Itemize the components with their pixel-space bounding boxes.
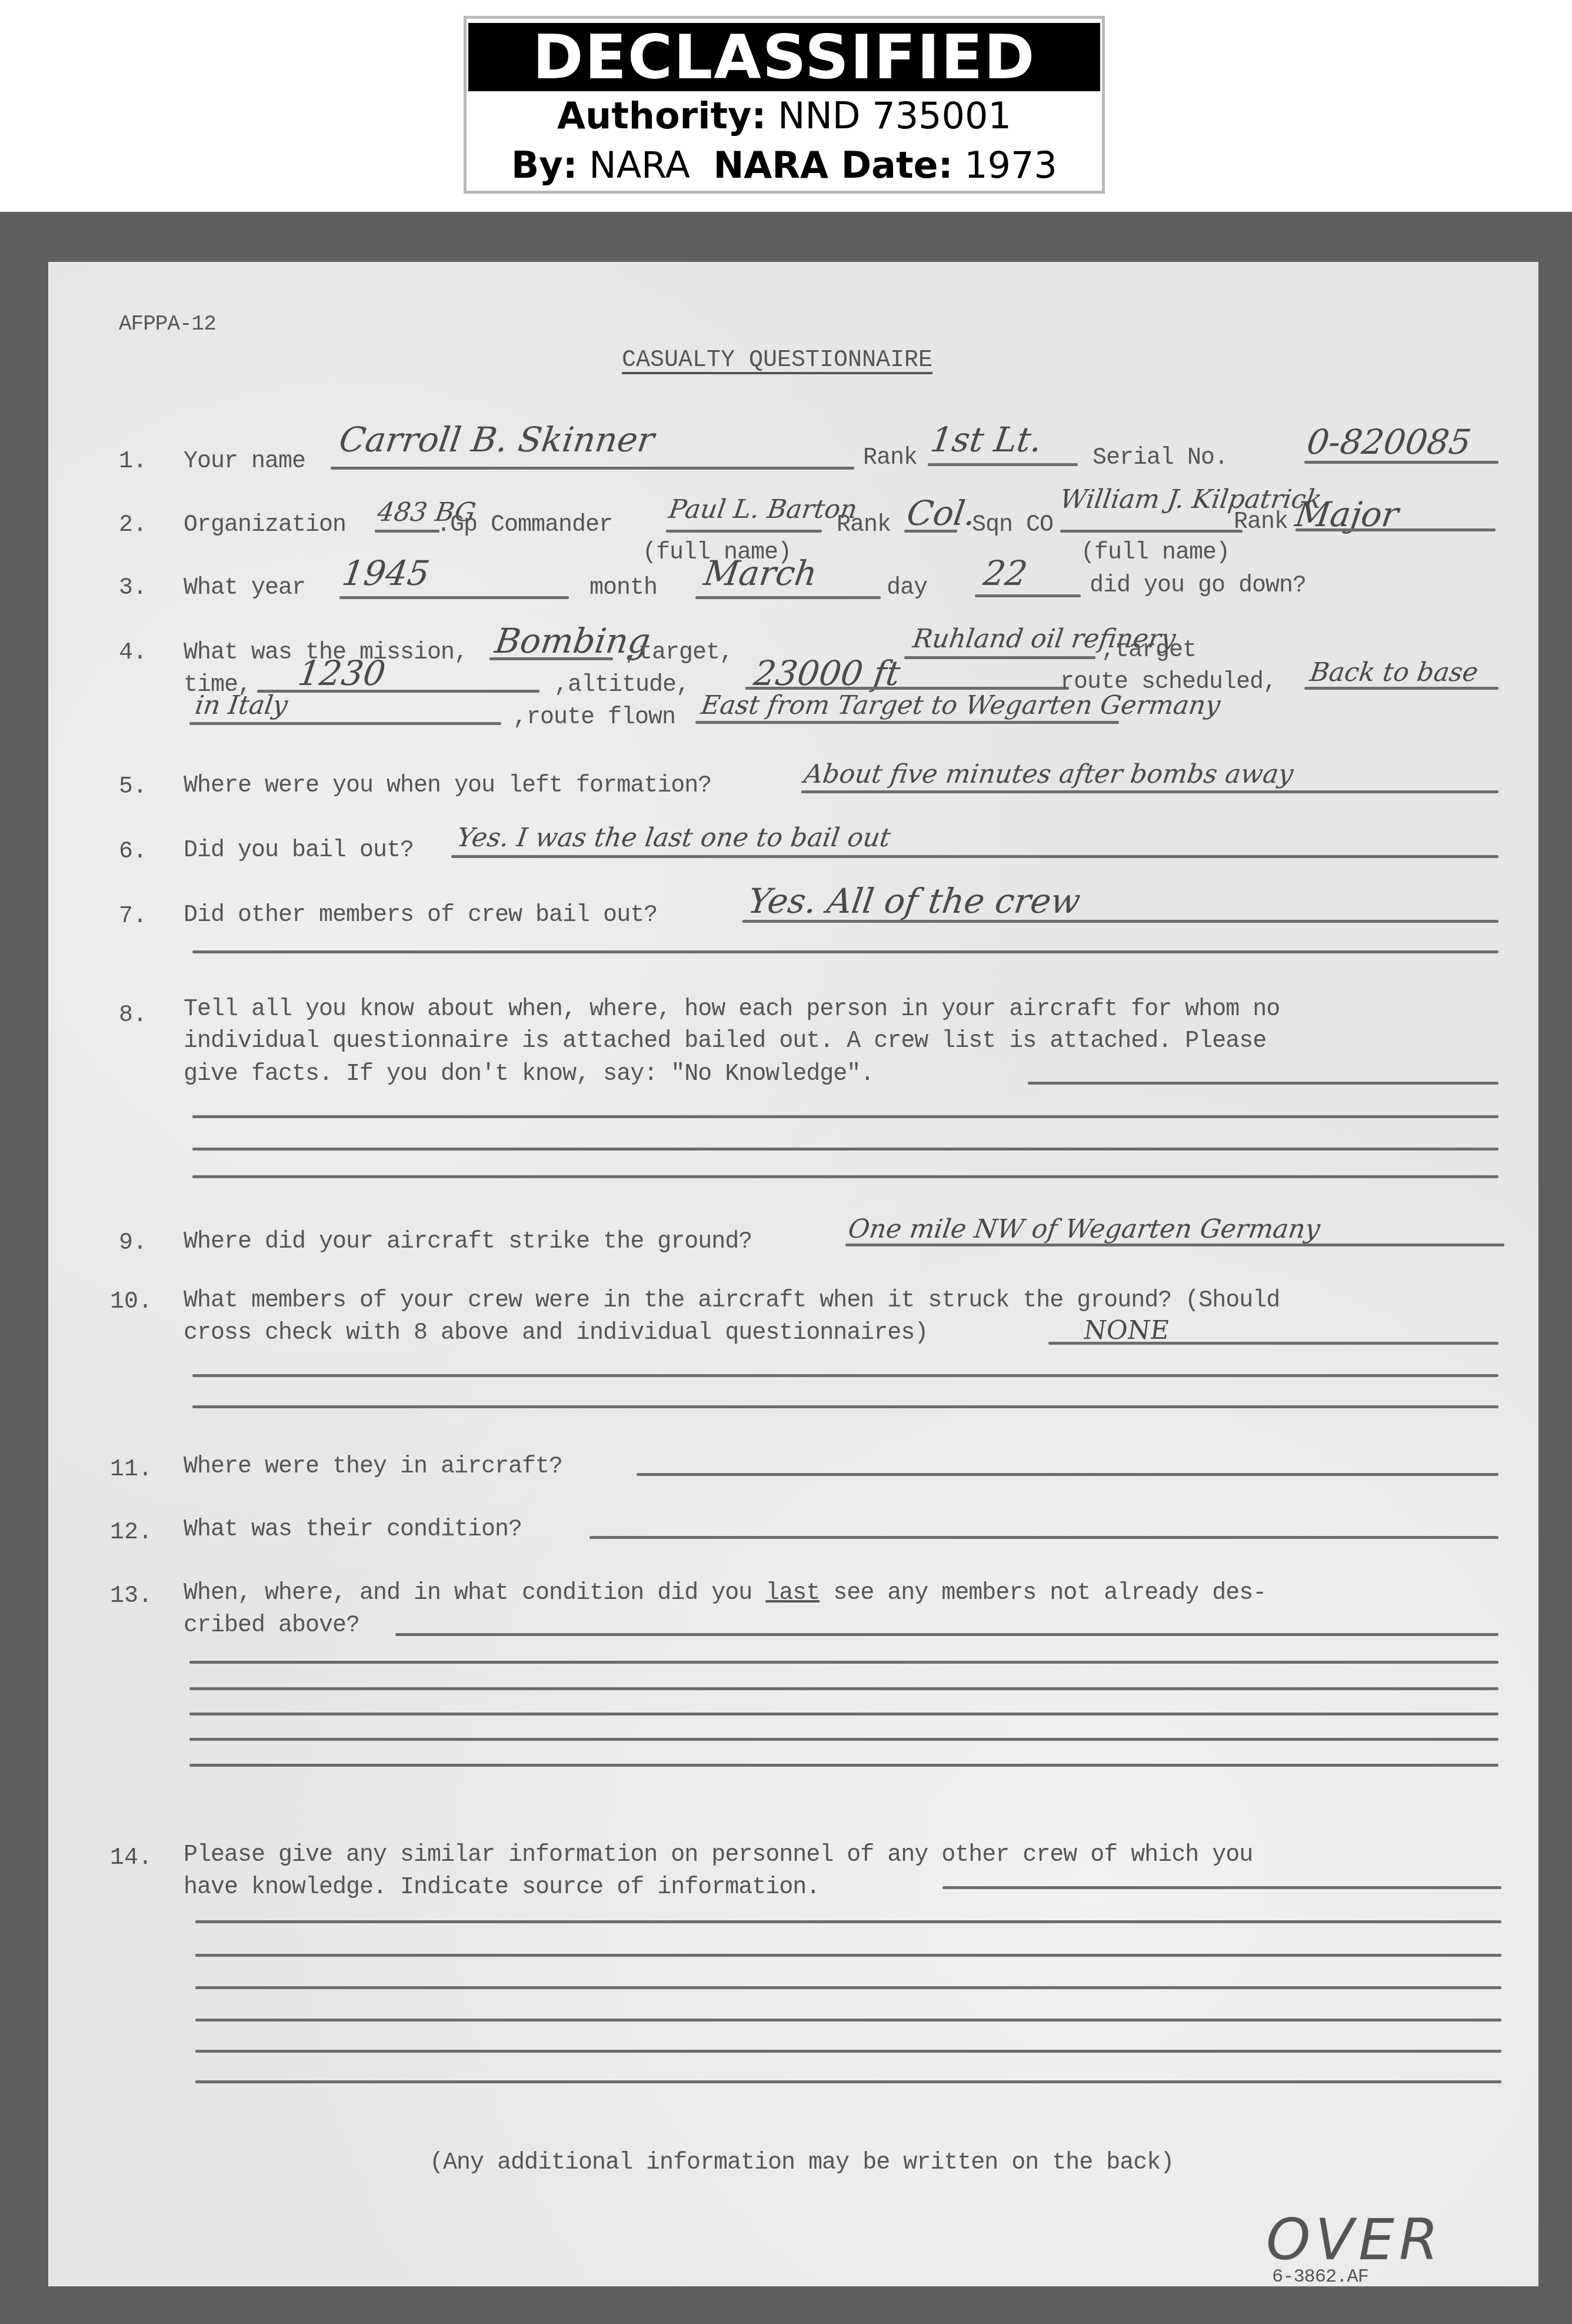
q1-serial-value: 0-820085 bbox=[1304, 422, 1473, 462]
q7-line bbox=[742, 920, 1498, 923]
q2-gp-cmdr-line bbox=[666, 530, 822, 533]
q13-line-e bbox=[189, 1738, 1498, 1741]
q3-day-value: 22 bbox=[981, 553, 1030, 593]
q4-altitude-line bbox=[745, 687, 1069, 690]
q14-line-e bbox=[195, 2019, 1501, 2022]
q5-label: Where were you when you left formation? bbox=[184, 773, 711, 799]
stamp-date-label: NARA Date: bbox=[713, 144, 952, 187]
q14-line-b bbox=[195, 1920, 1501, 1923]
q13-line-1-emphasis: last bbox=[765, 1580, 820, 1607]
q4-route-sched-value-1: Back to base bbox=[1308, 657, 1480, 687]
q2-full-name-hint-2: (full name) bbox=[1081, 540, 1230, 566]
q2-gp-cmdr-label: .Gp Commander bbox=[437, 512, 612, 538]
q3-month-value: March bbox=[701, 553, 820, 593]
q9-value: One mile NW of Wegarten Germany bbox=[846, 1214, 1321, 1244]
q4-route-sched-value-2: in Italy bbox=[193, 690, 289, 720]
q10-line-c bbox=[192, 1405, 1498, 1408]
q5-value: About five minutes after bombs away bbox=[802, 759, 1295, 789]
q10-number: 10. bbox=[110, 1289, 152, 1315]
q4-route-flown-line bbox=[695, 721, 1119, 724]
q10-line-b bbox=[192, 1374, 1498, 1377]
q4-target-label: ,target, bbox=[625, 640, 733, 666]
q7-number: 7. bbox=[119, 903, 147, 930]
q8-line-a bbox=[1028, 1082, 1498, 1085]
q4-route-sched-line bbox=[1304, 687, 1498, 690]
declassified-stamp: DECLASSIFIED Authority: NND 735001 By: N… bbox=[464, 16, 1105, 194]
q13-line-2: cribed above? bbox=[184, 1612, 359, 1639]
q4-target-line bbox=[904, 656, 1095, 659]
q1-serial-line bbox=[1304, 461, 1498, 464]
q14-line-c bbox=[195, 1954, 1501, 1957]
q14-number: 14. bbox=[110, 1845, 152, 1871]
q2-gp-cmdr-value: Paul L. Barton bbox=[667, 494, 859, 524]
q4-route-flown-label: ,route flown bbox=[513, 704, 675, 731]
q4-time-line bbox=[257, 690, 539, 693]
q1-rank-value: 1st Lt. bbox=[928, 420, 1044, 460]
q3-day-line bbox=[975, 594, 1081, 597]
q1-number: 1. bbox=[119, 448, 147, 475]
q13-line-f bbox=[189, 1764, 1498, 1767]
q2-sqn-co-label: Sqn CO bbox=[972, 512, 1053, 538]
q13-line-1: When, where, and in what condition did y… bbox=[184, 1580, 1266, 1607]
over-mark: OVER bbox=[1266, 2207, 1443, 2273]
q14-line-d bbox=[195, 1986, 1501, 1989]
q13-line-a bbox=[395, 1633, 1498, 1636]
q11-line bbox=[637, 1473, 1498, 1476]
q5-number: 5. bbox=[119, 774, 147, 800]
q13-line-1a: When, where, and in what condition did y… bbox=[184, 1580, 765, 1607]
q9-label: Where did your aircraft strike the groun… bbox=[184, 1229, 752, 1255]
q2-org-label: Organization bbox=[184, 512, 346, 538]
q6-label: Did you bail out? bbox=[184, 837, 414, 864]
q9-number: 9. bbox=[119, 1230, 147, 1256]
q13-line-c bbox=[189, 1687, 1498, 1690]
q6-line bbox=[451, 855, 1498, 858]
q9-line bbox=[845, 1244, 1504, 1246]
q14-line-g bbox=[195, 2080, 1501, 2083]
stamp-authority: Authority: NND 735001 bbox=[467, 94, 1102, 137]
print-code: 6-3862.AF bbox=[1272, 2266, 1368, 2288]
q5-line bbox=[801, 790, 1498, 793]
q3-suffix: did you go down? bbox=[1090, 573, 1306, 599]
stamp-by-label: By: bbox=[511, 144, 577, 187]
stamp-date-value: 1973 bbox=[964, 144, 1057, 187]
q4-mission-line bbox=[489, 657, 613, 660]
q10-line-a bbox=[1048, 1342, 1498, 1345]
q10-line-2: cross check with 8 above and individual … bbox=[184, 1320, 928, 1346]
q14-line-1: Please give any similar information on p… bbox=[184, 1842, 1253, 1868]
q12-number: 12. bbox=[110, 1520, 152, 1546]
q3-year-line bbox=[339, 596, 569, 599]
q2-org-line bbox=[375, 530, 439, 533]
q13-number: 13. bbox=[110, 1583, 152, 1610]
q13-line-b bbox=[189, 1661, 1498, 1664]
q8-line-c bbox=[192, 1148, 1498, 1151]
q1-rank-line bbox=[928, 463, 1078, 466]
q10-value: NONE bbox=[1081, 1315, 1171, 1345]
form-id: AFPPA-12 bbox=[119, 312, 216, 336]
q4-target-time-label: ,target bbox=[1101, 637, 1196, 664]
q4-route-flown-value: East from Target to Wegarten Germany bbox=[699, 690, 1222, 720]
form-title: CASUALTY QUESTIONNAIRE bbox=[622, 347, 932, 374]
q13-line-1b: see any members not already des- bbox=[820, 1580, 1266, 1607]
q3-day-label: day bbox=[887, 575, 927, 601]
q11-number: 11. bbox=[110, 1457, 152, 1483]
questionnaire-page: AFPPA-12 CASUALTY QUESTIONNAIRE 1. Your … bbox=[48, 262, 1538, 2286]
q2-gp-rank-value: Col. bbox=[904, 493, 978, 533]
q7-line-2 bbox=[192, 950, 1498, 953]
q3-number: 3. bbox=[119, 575, 147, 601]
q13-line-d bbox=[189, 1713, 1498, 1715]
q8-number: 8. bbox=[119, 1002, 147, 1029]
q8-line-d bbox=[192, 1175, 1498, 1178]
q4-altitude-label: ,altitude, bbox=[554, 672, 690, 699]
q12-line bbox=[589, 1536, 1498, 1539]
q4-route-sched-line-2 bbox=[189, 722, 501, 725]
q11-label: Where were they in aircraft? bbox=[184, 1454, 562, 1480]
q2-sqn-rank-label: Rank bbox=[1234, 509, 1288, 536]
q8-line-b bbox=[192, 1115, 1498, 1118]
q14-line-f bbox=[195, 2050, 1501, 2053]
q6-value: Yes. I was the last one to bail out bbox=[455, 823, 892, 853]
q8-line-2: individual questionnaire is attached bai… bbox=[184, 1028, 1266, 1055]
q7-value: Yes. All of the crew bbox=[745, 881, 1083, 921]
q2-number: 2. bbox=[119, 512, 147, 538]
q8-line-1: Tell all you know about when, where, how… bbox=[184, 996, 1280, 1023]
q6-number: 6. bbox=[119, 839, 147, 865]
q7-label: Did other members of crew bail out? bbox=[184, 902, 657, 929]
stamp-by-value: NARA bbox=[589, 144, 690, 187]
stamp-by-date: By: NARA NARA Date: 1973 bbox=[467, 144, 1102, 187]
q2-sqn-co-line bbox=[1060, 530, 1243, 533]
q4-time-value: 1230 bbox=[295, 653, 388, 693]
q1-rank-label: Rank bbox=[863, 445, 917, 471]
q3-year-value: 1945 bbox=[339, 553, 432, 593]
q1-name-value: Carroll B. Skinner bbox=[337, 420, 657, 460]
q1-serial-label: Serial No. bbox=[1093, 445, 1228, 471]
q2-gp-rank-label: Rank bbox=[837, 512, 891, 538]
stamp-heading: DECLASSIFIED bbox=[468, 23, 1100, 91]
q3-year-label: What year bbox=[184, 575, 305, 601]
q8-line-3: give facts. If you don't know, say: "No … bbox=[184, 1061, 874, 1088]
q4-number: 4. bbox=[119, 640, 147, 666]
q2-gp-rank-line bbox=[904, 530, 957, 533]
q1-name-label: Your name bbox=[184, 448, 305, 475]
q2-sqn-rank-line bbox=[1295, 528, 1496, 531]
q1-name-line bbox=[331, 467, 854, 470]
q3-month-label: month bbox=[589, 575, 657, 601]
q14-line-a bbox=[942, 1886, 1501, 1889]
footer-note: (Any additional information may be writt… bbox=[429, 2150, 1174, 2176]
q3-month-line bbox=[695, 596, 881, 599]
stamp-authority-value: NND 735001 bbox=[778, 94, 1011, 137]
q12-label: What was their condition? bbox=[184, 1517, 522, 1543]
q14-line-2: have knowledge. Indicate source of infor… bbox=[184, 1874, 820, 1901]
q10-line-1: What members of your crew were in the ai… bbox=[184, 1288, 1280, 1314]
stamp-authority-label: Authority: bbox=[557, 94, 766, 137]
